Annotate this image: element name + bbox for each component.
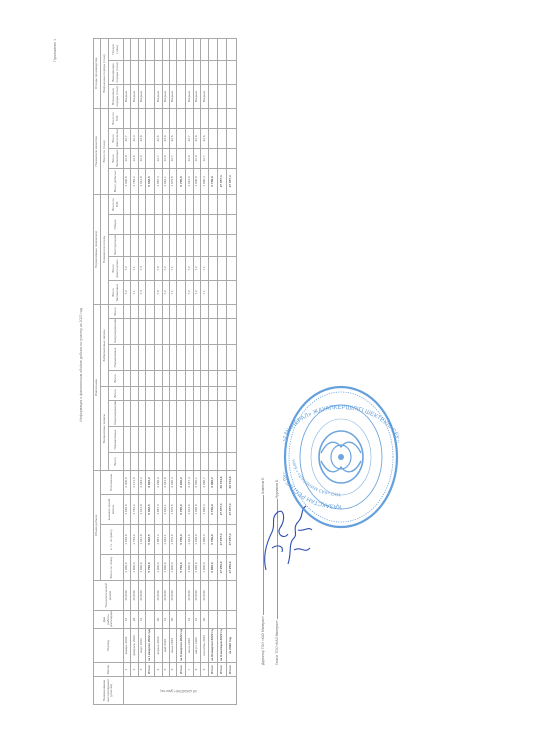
table-row: 9сентябрь 20223043,5/301 900,01 880,31 8…: [201, 38, 208, 704]
subtotal-cell: 5 632,5: [146, 525, 155, 555]
row-cell: Вскрыш: [186, 84, 193, 108]
subtotal-row: Итогоза II квартал 2022 года5 750,05 705…: [177, 38, 186, 704]
row-cell: 1 880,3: [201, 495, 208, 525]
row-cell: Вскрыш: [169, 84, 176, 108]
subtotal-cell: [146, 148, 155, 168]
subtotal-cell: [177, 60, 186, 84]
row-cell: 1 875,5: [169, 525, 176, 555]
row-cell: [155, 344, 162, 370]
subtotal-period: за 9 месяцев 2022 года: [217, 629, 226, 663]
row-cell: [124, 38, 131, 60]
table-row: 8август 20223143,5/301 950,01 938,01 938…: [193, 38, 200, 704]
row-cell: 22,6: [201, 128, 208, 148]
col-w-host: Вмещающие породы (тонн): [109, 60, 124, 84]
row-cell: 12,6: [131, 148, 138, 168]
col-group-waste: Отходы производства: [94, 38, 101, 108]
row-cell: [131, 60, 138, 84]
row-cell: 1 950,0: [124, 555, 131, 581]
row-cell: [124, 304, 131, 318]
geologist-label: Геолог ТОО «КАЗ Минерал»: [275, 620, 279, 665]
subtotal-cell: [226, 256, 236, 280]
row-period: февраль 2022: [131, 629, 138, 663]
row-period: август 2022: [193, 629, 200, 663]
row-cell: [186, 386, 193, 400]
row-cell: 30: [155, 611, 162, 629]
subtotal-cell: [146, 611, 155, 629]
subtotal-cell: 17 077,4: [226, 168, 236, 194]
row-cell: [124, 452, 131, 470]
row-cell: 1 911,8: [138, 525, 145, 555]
subtotal-period: за II квартал 2022 года: [177, 629, 186, 663]
subtotal-cell: [177, 318, 186, 344]
row-cell: [138, 214, 145, 234]
row-cell: 7,3: [138, 256, 145, 280]
row-cell: Вскрыш: [138, 84, 145, 108]
row-cell: 1 900,0: [201, 555, 208, 581]
row-cell: [162, 304, 169, 318]
row-cell: [186, 344, 193, 370]
director-label: Директор ТОО «КАЗ Минерал»: [261, 616, 265, 665]
row-number: 7: [186, 663, 193, 677]
row-cell: [201, 38, 208, 60]
col-ext-over: Сверхнормативные: [109, 400, 124, 426]
subtotal-cell: [177, 128, 186, 148]
row-cell: 22,4: [131, 128, 138, 148]
subtotal-cell: [146, 318, 155, 344]
subtotal-cell: [217, 214, 226, 234]
row-cell: 1 784,2: [131, 495, 138, 525]
subtotal-cell: [226, 214, 236, 234]
subtotal-cell: [217, 256, 226, 280]
subtotal-cell: [208, 84, 217, 108]
subtotal-cell: [217, 280, 226, 304]
row-cell: [124, 386, 131, 400]
subtotal-cell: [146, 194, 155, 214]
subtotal-cell: [146, 108, 155, 128]
subtotal-cell: [226, 304, 236, 318]
row-cell: 7,2: [162, 280, 169, 304]
col-days: Дни работы (календарные): [94, 611, 124, 629]
subtotal-cell: 5 705,0: [177, 495, 186, 525]
row-cell: [201, 60, 208, 84]
col-off-all: Всего: [109, 304, 124, 318]
subtotal-cell: 17 077,4: [226, 495, 236, 525]
subtotal-cell: [226, 581, 236, 611]
col-loss-gen: Общие: [109, 214, 124, 234]
row-cell: 7,2: [124, 280, 131, 304]
row-cell: [138, 426, 145, 452]
row-cell: [124, 370, 131, 386]
appendix-label: Приложение 1: [53, 39, 57, 62]
col-off-total: Всего: [109, 370, 124, 386]
subtotal-cell: [217, 611, 226, 629]
row-cell: [201, 304, 208, 318]
row-cell: [155, 386, 162, 400]
geologist-name: Нурланов Б.: [275, 479, 279, 498]
col-mass: выемка горной массы: [101, 495, 124, 525]
row-cell: Вскрыш: [155, 84, 162, 108]
row-cell: [138, 318, 145, 344]
document-title: Информация о фактическом объёме добычи п…: [79, 175, 83, 555]
row-cell: 22,7: [124, 128, 131, 148]
row-cell: [169, 194, 176, 214]
col-q-gok2: Всего по ГОК: [109, 108, 124, 128]
row-cell: [155, 426, 162, 452]
subtotal-cell: 5 632,5: [146, 168, 155, 194]
subtotal-label: Итого: [217, 663, 226, 677]
subtotal-cell: [208, 194, 217, 214]
row-period: июнь 2022: [169, 629, 176, 663]
subtotal-cell: 5 739,9: [208, 525, 217, 555]
col-off-over: Сверхнормативные: [109, 318, 124, 344]
subtotal-cell: [177, 256, 186, 280]
row-cell: [201, 108, 208, 128]
col-deviation: Отклонение: [101, 470, 124, 494]
row-cell: 2 305,5: [124, 470, 131, 494]
row-cell: [169, 386, 176, 400]
row-cell: 31: [124, 611, 131, 629]
row-cell: 22,6: [155, 128, 162, 148]
subtotal-cell: [177, 370, 186, 386]
subtotal-cell: 6 982,2: [208, 470, 217, 494]
subtotal-cell: [208, 128, 217, 148]
row-cell: 1 950,0: [138, 555, 145, 581]
col-field: Наименование месторождения (участка): [94, 677, 124, 705]
subtotal-cell: [226, 318, 236, 344]
col-loss-exp: Эксплуатационные: [109, 234, 124, 256]
row-cell: [162, 214, 169, 234]
row-cell: 2 280,4: [169, 470, 176, 494]
row-cell: [138, 344, 145, 370]
row-cell: [186, 38, 193, 60]
subtotal-cell: 6 940,2: [177, 470, 186, 494]
row-cell: [193, 426, 200, 452]
row-cell: [169, 452, 176, 470]
subtotal-cell: [146, 60, 155, 84]
col-w-loss: Потери (тонн): [109, 38, 124, 60]
subtotal-cell: [177, 386, 186, 400]
subtotal-row: Итогоза 2022 год17 250,017 077,417 077,4…: [226, 38, 236, 704]
row-cell: [193, 214, 200, 234]
row-cell: [131, 304, 138, 318]
row-cell: 22,9: [162, 128, 169, 148]
col-ext-total: Всего: [109, 452, 124, 470]
table-row: ЧЛ ШЖАОЭЖН (участок)1январь 20223143,5/3…: [124, 38, 131, 704]
subtotal-row: Итогоза III квартал 2022 года5 800,05 73…: [208, 38, 217, 704]
row-cell: [186, 426, 193, 452]
row-cell: Вскрыш: [162, 84, 169, 108]
table-row: 7июль 20223143,5/301 950,01 921,61 921,6…: [186, 38, 193, 704]
row-number: 1: [124, 663, 131, 677]
subtotal-cell: [208, 304, 217, 318]
subtotal-cell: [177, 148, 186, 168]
row-cell: 1 887,4: [155, 168, 162, 194]
row-cell: 43,5/30: [169, 581, 176, 611]
row-cell: 2 345,2: [138, 470, 145, 494]
subtotal-cell: [226, 148, 236, 168]
subtotal-cell: [177, 214, 186, 234]
row-cell: [169, 38, 176, 60]
col-group-extraction: Извлечение: [94, 304, 101, 470]
row-cell: 1 936,5: [124, 525, 131, 555]
row-cell: 12,9: [138, 148, 145, 168]
row-number: 4: [155, 663, 162, 677]
row-cell: 7,1: [169, 280, 176, 304]
subtotal-cell: [208, 344, 217, 370]
row-cell: 2 171,5: [131, 470, 138, 494]
subtotal-label: Итого: [177, 663, 186, 677]
col-ext-norm: Нормативные: [109, 426, 124, 452]
row-cell: 12,8: [124, 148, 131, 168]
table-row: 4апрель 20223043,5/301 900,01 887,41 887…: [155, 38, 162, 704]
row-period: июль 2022: [186, 629, 193, 663]
subtotal-cell: [217, 128, 226, 148]
row-cell: 1 936,5: [124, 168, 131, 194]
subtotal-cell: 5 700,0: [146, 555, 155, 581]
subtotal-cell: [208, 452, 217, 470]
row-cell: [124, 194, 131, 214]
row-cell: [186, 400, 193, 426]
subtotal-cell: 20 744,6: [217, 470, 226, 494]
subtotal-cell: [226, 370, 236, 386]
row-cell: 2 356,1: [193, 470, 200, 494]
subtotal-cell: [217, 60, 226, 84]
subtotal-cell: [177, 280, 186, 304]
row-cell: 1 950,0: [193, 555, 200, 581]
row-cell: 1 875,5: [169, 495, 176, 525]
row-cell: [131, 318, 138, 344]
row-cell: [162, 194, 169, 214]
table-body: ЧЛ ШЖАОЭЖН (участок)1январь 20223143,5/3…: [124, 38, 237, 704]
subtotal-cell: [208, 611, 217, 629]
subtotal-cell: [177, 611, 186, 629]
row-cell: 7,2: [186, 280, 193, 304]
col-ext-all: Всего: [109, 386, 124, 400]
row-cell: [169, 108, 176, 128]
row-cell: [131, 214, 138, 234]
row-period: сентябрь 2022: [201, 629, 208, 663]
subtotal-cell: [146, 38, 155, 60]
row-cell: 30: [169, 611, 176, 629]
row-cell: 12,7: [169, 148, 176, 168]
subtotal-cell: [208, 256, 217, 280]
row-cell: 1 950,0: [162, 555, 169, 581]
row-cell: 1 875,5: [169, 168, 176, 194]
row-cell: Вскрыш: [193, 84, 200, 108]
row-cell: [201, 234, 208, 256]
subtotal-cell: [208, 148, 217, 168]
col-losses: Показатели потерь: [101, 194, 109, 304]
row-period: май 2022: [162, 629, 169, 663]
row-cell: 7,2: [162, 256, 169, 280]
subtotal-cell: [208, 400, 217, 426]
row-cell: [155, 194, 162, 214]
subtotal-cell: [226, 386, 236, 400]
row-cell: [124, 426, 131, 452]
subtotal-cell: [177, 304, 186, 318]
row-cell: 31: [186, 611, 193, 629]
row-cell: 1 942,1: [162, 495, 169, 525]
row-cell: 1 938,0: [193, 525, 200, 555]
row-cell: [155, 304, 162, 318]
row-cell: [201, 318, 208, 344]
subtotal-cell: [146, 386, 155, 400]
row-cell: [162, 400, 169, 426]
subtotal-cell: [226, 611, 236, 629]
row-cell: 22,8: [193, 128, 200, 148]
row-cell: [155, 452, 162, 470]
row-period: март 2022: [138, 629, 145, 663]
row-cell: [131, 38, 138, 60]
subtotal-cell: [177, 194, 186, 214]
row-cell: [138, 370, 145, 386]
subtotal-cell: [208, 234, 217, 256]
row-cell: 12,8: [162, 148, 169, 168]
row-cell: [169, 370, 176, 386]
row-cell: 7,0: [155, 256, 162, 280]
row-cell: [131, 108, 138, 128]
row-cell: [162, 426, 169, 452]
row-cell: [162, 38, 169, 60]
row-cell: [155, 318, 162, 344]
subtotal-cell: [208, 38, 217, 60]
row-cell: 7,1: [201, 256, 208, 280]
row-cell: [155, 60, 162, 84]
row-cell: [155, 38, 162, 60]
subtotal-cell: [208, 370, 217, 386]
field-name: ЧЛ ШЖАОЭЖН (участок): [160, 689, 197, 693]
row-cell: [169, 234, 176, 256]
row-cell: [162, 60, 169, 84]
row-cell: [138, 400, 145, 426]
row-cell: [138, 386, 145, 400]
row-cell: [193, 344, 200, 370]
col-off-norm: Нормативные: [109, 344, 124, 370]
row-cell: [155, 400, 162, 426]
subtotal-cell: 5 739,9: [208, 168, 217, 194]
col-w-over: Вскрышные породы (тонн): [109, 84, 124, 108]
col-technology: Технологический режим: [94, 581, 124, 611]
subtotal-cell: [177, 108, 186, 128]
row-cell: 1 880,3: [201, 168, 208, 194]
row-cell: 7,1: [201, 280, 208, 304]
col-group-norm: Нормативные показатели: [94, 194, 101, 304]
row-cell: 7,1: [131, 280, 138, 304]
subtotal-period: за III квартал 2022 года: [208, 629, 217, 663]
row-number: 9: [201, 663, 208, 677]
row-cell: [155, 108, 162, 128]
row-period: апрель 2022: [155, 629, 162, 663]
row-cell: 31: [138, 611, 145, 629]
subtotal-cell: 17 077,4: [217, 495, 226, 525]
subtotal-cell: [217, 148, 226, 168]
row-cell: [138, 234, 145, 256]
row-cell: 7,2: [193, 256, 200, 280]
subtotal-cell: [146, 370, 155, 386]
subtotal-cell: [146, 344, 155, 370]
row-cell: Вскрыш: [131, 84, 138, 108]
row-cell: 43,5/30: [193, 581, 200, 611]
row-cell: 1 887,4: [155, 495, 162, 525]
subtotal-cell: [217, 344, 226, 370]
row-cell: [193, 386, 200, 400]
subtotal-cell: [217, 370, 226, 386]
row-cell: [131, 370, 138, 386]
row-cell: 1 880,3: [201, 525, 208, 555]
row-cell: [162, 370, 169, 386]
row-cell: [193, 38, 200, 60]
col-group-quality: Показатели качества: [94, 108, 101, 194]
subtotal-cell: [217, 234, 226, 256]
row-cell: 1 911,8: [138, 495, 145, 525]
row-cell: [138, 108, 145, 128]
row-cell: 1 938,0: [193, 168, 200, 194]
row-cell: [201, 194, 208, 214]
row-cell: [186, 304, 193, 318]
row-number: 3: [138, 663, 145, 677]
subtotal-cell: [226, 452, 236, 470]
row-cell: 1 936,5: [124, 495, 131, 525]
row-cell: 7,3: [138, 280, 145, 304]
subtotal-cell: [217, 581, 226, 611]
row-cell: [162, 318, 169, 344]
row-cell: [131, 386, 138, 400]
row-cell: 43,5/30: [201, 581, 208, 611]
subtotal-cell: [146, 256, 155, 280]
row-cell: [193, 400, 200, 426]
row-cell: [124, 60, 131, 84]
subtotal-row: Итогоза 9 месяцев 2022 года17 250,017 07…: [217, 38, 226, 704]
subtotal-cell: [226, 344, 236, 370]
subtotal-cell: [217, 400, 226, 426]
subtotal-cell: 17 077,4: [217, 168, 226, 194]
table-row: 5май 20223143,5/301 950,01 942,11 942,12…: [162, 38, 169, 704]
subtotal-cell: [208, 214, 217, 234]
row-cell: 1 911,8: [138, 168, 145, 194]
row-cell: [169, 318, 176, 344]
subtotal-cell: [146, 452, 155, 470]
row-cell: [201, 426, 208, 452]
row-cell: [155, 234, 162, 256]
row-cell: 7,0: [155, 280, 162, 304]
row-cell: [186, 108, 193, 128]
subtotal-cell: [226, 128, 236, 148]
row-cell: [193, 370, 200, 386]
subtotal-cell: [146, 84, 155, 108]
subtotal-cell: 6 822,2: [146, 470, 155, 494]
row-cell: [138, 60, 145, 84]
row-cell: 43,5/30: [124, 581, 131, 611]
field-name-cell: ЧЛ ШЖАОЭЖН (участок): [124, 677, 237, 705]
subtotal-cell: [217, 426, 226, 452]
row-cell: [186, 194, 193, 214]
row-cell: [124, 108, 131, 128]
subtotal-cell: [208, 581, 217, 611]
subtotal-cell: [217, 318, 226, 344]
row-cell: Вскрыш: [124, 84, 131, 108]
row-number: 5: [162, 663, 169, 677]
subtotal-cell: [226, 280, 236, 304]
subtotal-cell: [177, 84, 186, 108]
table-row: 2февраль 20222843,5/301 800,01 784,21 78…: [131, 38, 138, 704]
row-cell: [193, 194, 200, 214]
row-cell: 28: [131, 611, 138, 629]
col-q-mined: Всего добытых: [109, 168, 124, 194]
row-cell: [186, 234, 193, 256]
row-cell: 7,1: [131, 256, 138, 280]
row-cell: [138, 452, 145, 470]
row-cell: 1 784,2: [131, 525, 138, 555]
